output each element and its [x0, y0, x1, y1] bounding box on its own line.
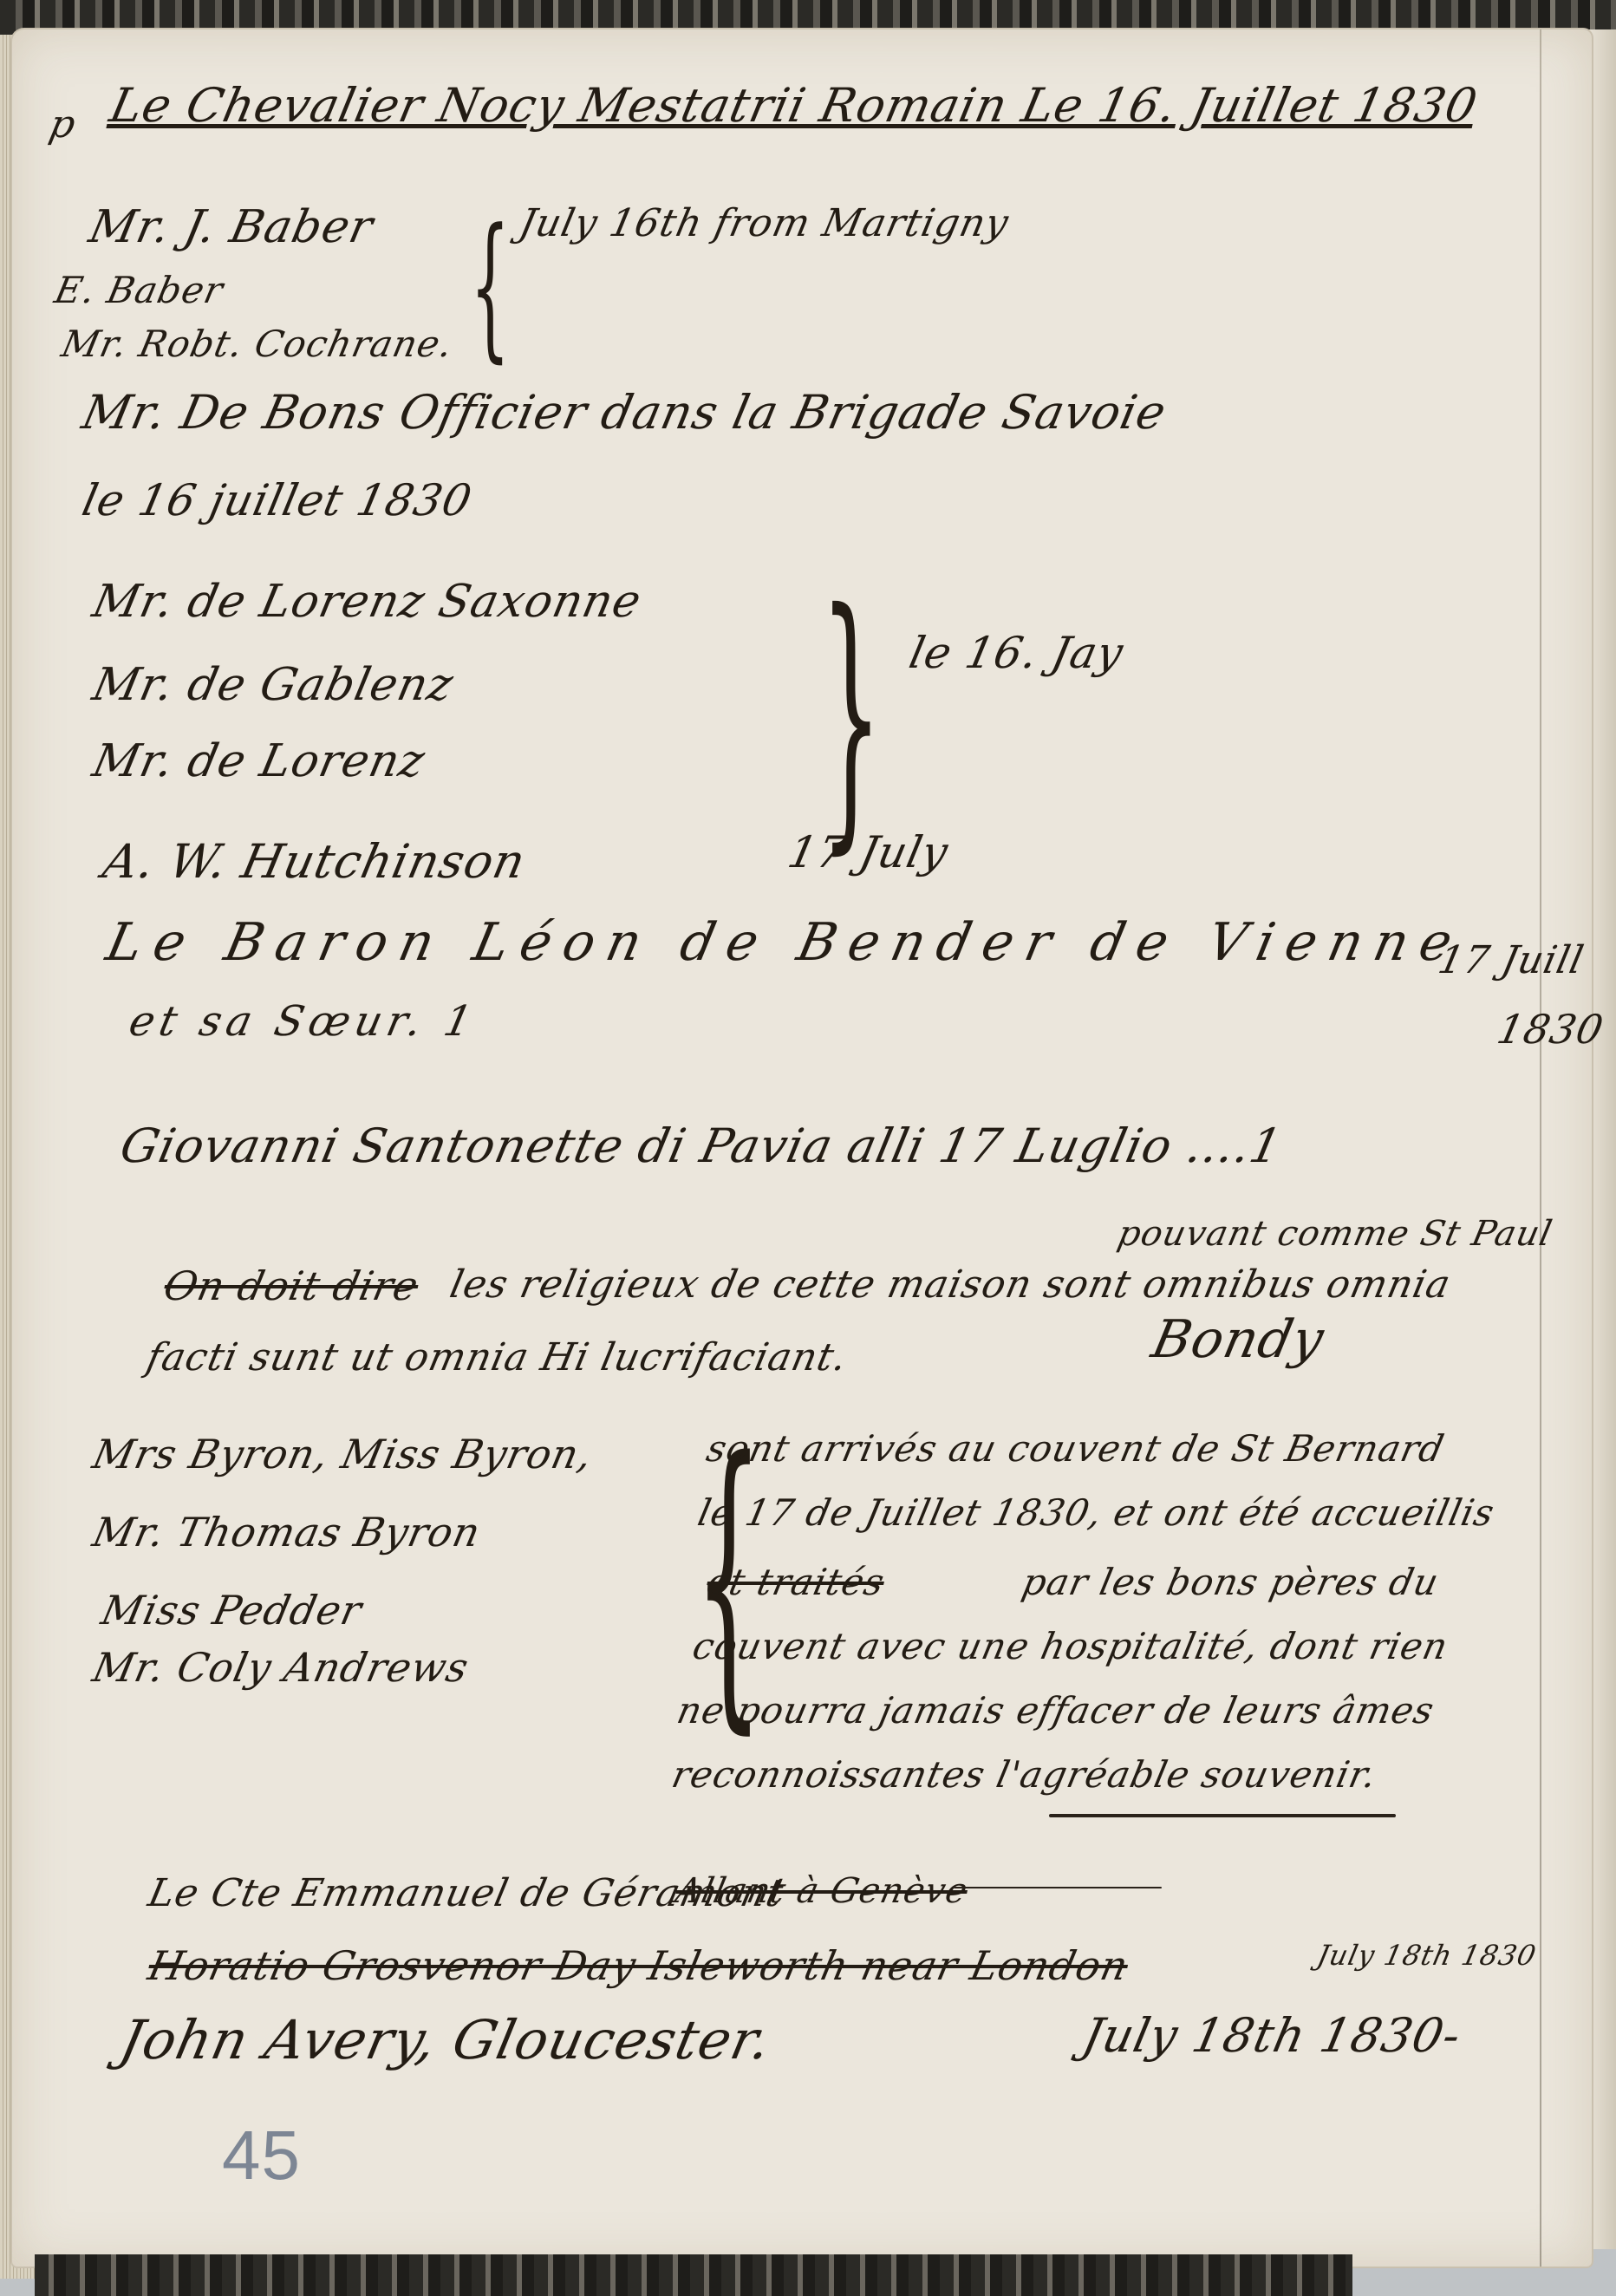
entry-baron-bender: Le Baron Léon de Bender de Vienne [101, 912, 1470, 973]
entry-debons: Mr. De Bons Officier dans la Brigade Sav… [77, 385, 1171, 440]
entry-byron-note-3-struck: et traités [703, 1561, 889, 1603]
entry-baron-bender-date: 17 Juill [1435, 938, 1588, 982]
entry-quote-line2: facti sunt ut omnia Hi lucrifaciant. [143, 1335, 852, 1380]
entry-avery-date: July 18th 1830- [1078, 2008, 1466, 2063]
entry-gablenz: Mr. de Gablenz [88, 659, 459, 711]
entry-quote-signature: Bondy [1147, 1309, 1330, 1370]
entry-lorenz-note: le 16. Jay [905, 628, 1128, 678]
entry-byron-note-3: par les bons pères du [1019, 1561, 1443, 1603]
entry-hutchinson-date: 17 July [784, 827, 953, 877]
entry-debons-date: le 16 juillet 1830 [78, 475, 477, 525]
brace-icon: { [470, 196, 510, 377]
entry-horatio: Horatio Grosvenor Day Isleworth near Lon… [144, 1942, 1132, 1989]
entry-baber-note: July 16th from Martigny [516, 201, 1013, 245]
book-binding-bottom [35, 2254, 1352, 2296]
entry-lorenz-1: Mr. de Lorenz Saxonne [88, 576, 647, 628]
entry-byron-2: Mr. Thomas Byron [88, 1509, 485, 1556]
entry-quote-struck: On doit dire [160, 1262, 423, 1309]
entry-baber-j: Mr. J. Baber [85, 201, 378, 253]
entry-andrews: Mr. Coly Andrews [88, 1644, 472, 1691]
entry-byron-note-6: reconnoissantes l'agréable souvenir. [668, 1753, 1381, 1796]
entry-byron-note-4: couvent avec une hospitalité, dont rien [689, 1625, 1452, 1667]
entry-giovanni: Giovanni Santonette di Pavia alli 17 Lug… [115, 1119, 1287, 1173]
entry-horatio-date: July 18th 1830 [1314, 1939, 1540, 1972]
entry-baron-year: 1830 [1493, 1006, 1608, 1053]
entry-baber-e: E. Baber [51, 269, 228, 311]
entry-lorenz-2: Mr. de Lorenz [88, 735, 430, 787]
entry-byron-note-5: ne pourra jamais effacer de leurs âmes [674, 1689, 1438, 1732]
entry-byron-note-2: le 17 de Juillet 1830, et ont été accuei… [694, 1491, 1499, 1534]
entry-quote-insert: pouvant comme St Paul [1114, 1214, 1556, 1254]
entry-avery: John Avery, Gloucester. [114, 2008, 777, 2071]
entry-pedder: Miss Pedder [97, 1587, 366, 1634]
entry-byron-note-1: sont arrivés au couvent de St Bernard [703, 1427, 1449, 1470]
entry-byron-1: Mrs Byron, Miss Byron, [88, 1431, 597, 1477]
entry-hutchinson: A. W. Hutchinson [98, 834, 531, 889]
entry-geramont-struck: Allant à Genève [672, 1871, 972, 1911]
entry-cochrane: Mr. Robt. Cochrane. [58, 323, 457, 365]
dash-rule [954, 1887, 1162, 1888]
entry-baron-sister: et sa Sœur. 1 [125, 997, 481, 1046]
entry-quote-line1: les religieux de cette maison sont omnib… [446, 1262, 1455, 1307]
entry-chevalier: Le Chevalier Nocy Mestatrii Romain Le 16… [105, 78, 1482, 133]
page-number: 45 [222, 2116, 301, 2195]
separator-rule [1049, 1814, 1396, 1817]
